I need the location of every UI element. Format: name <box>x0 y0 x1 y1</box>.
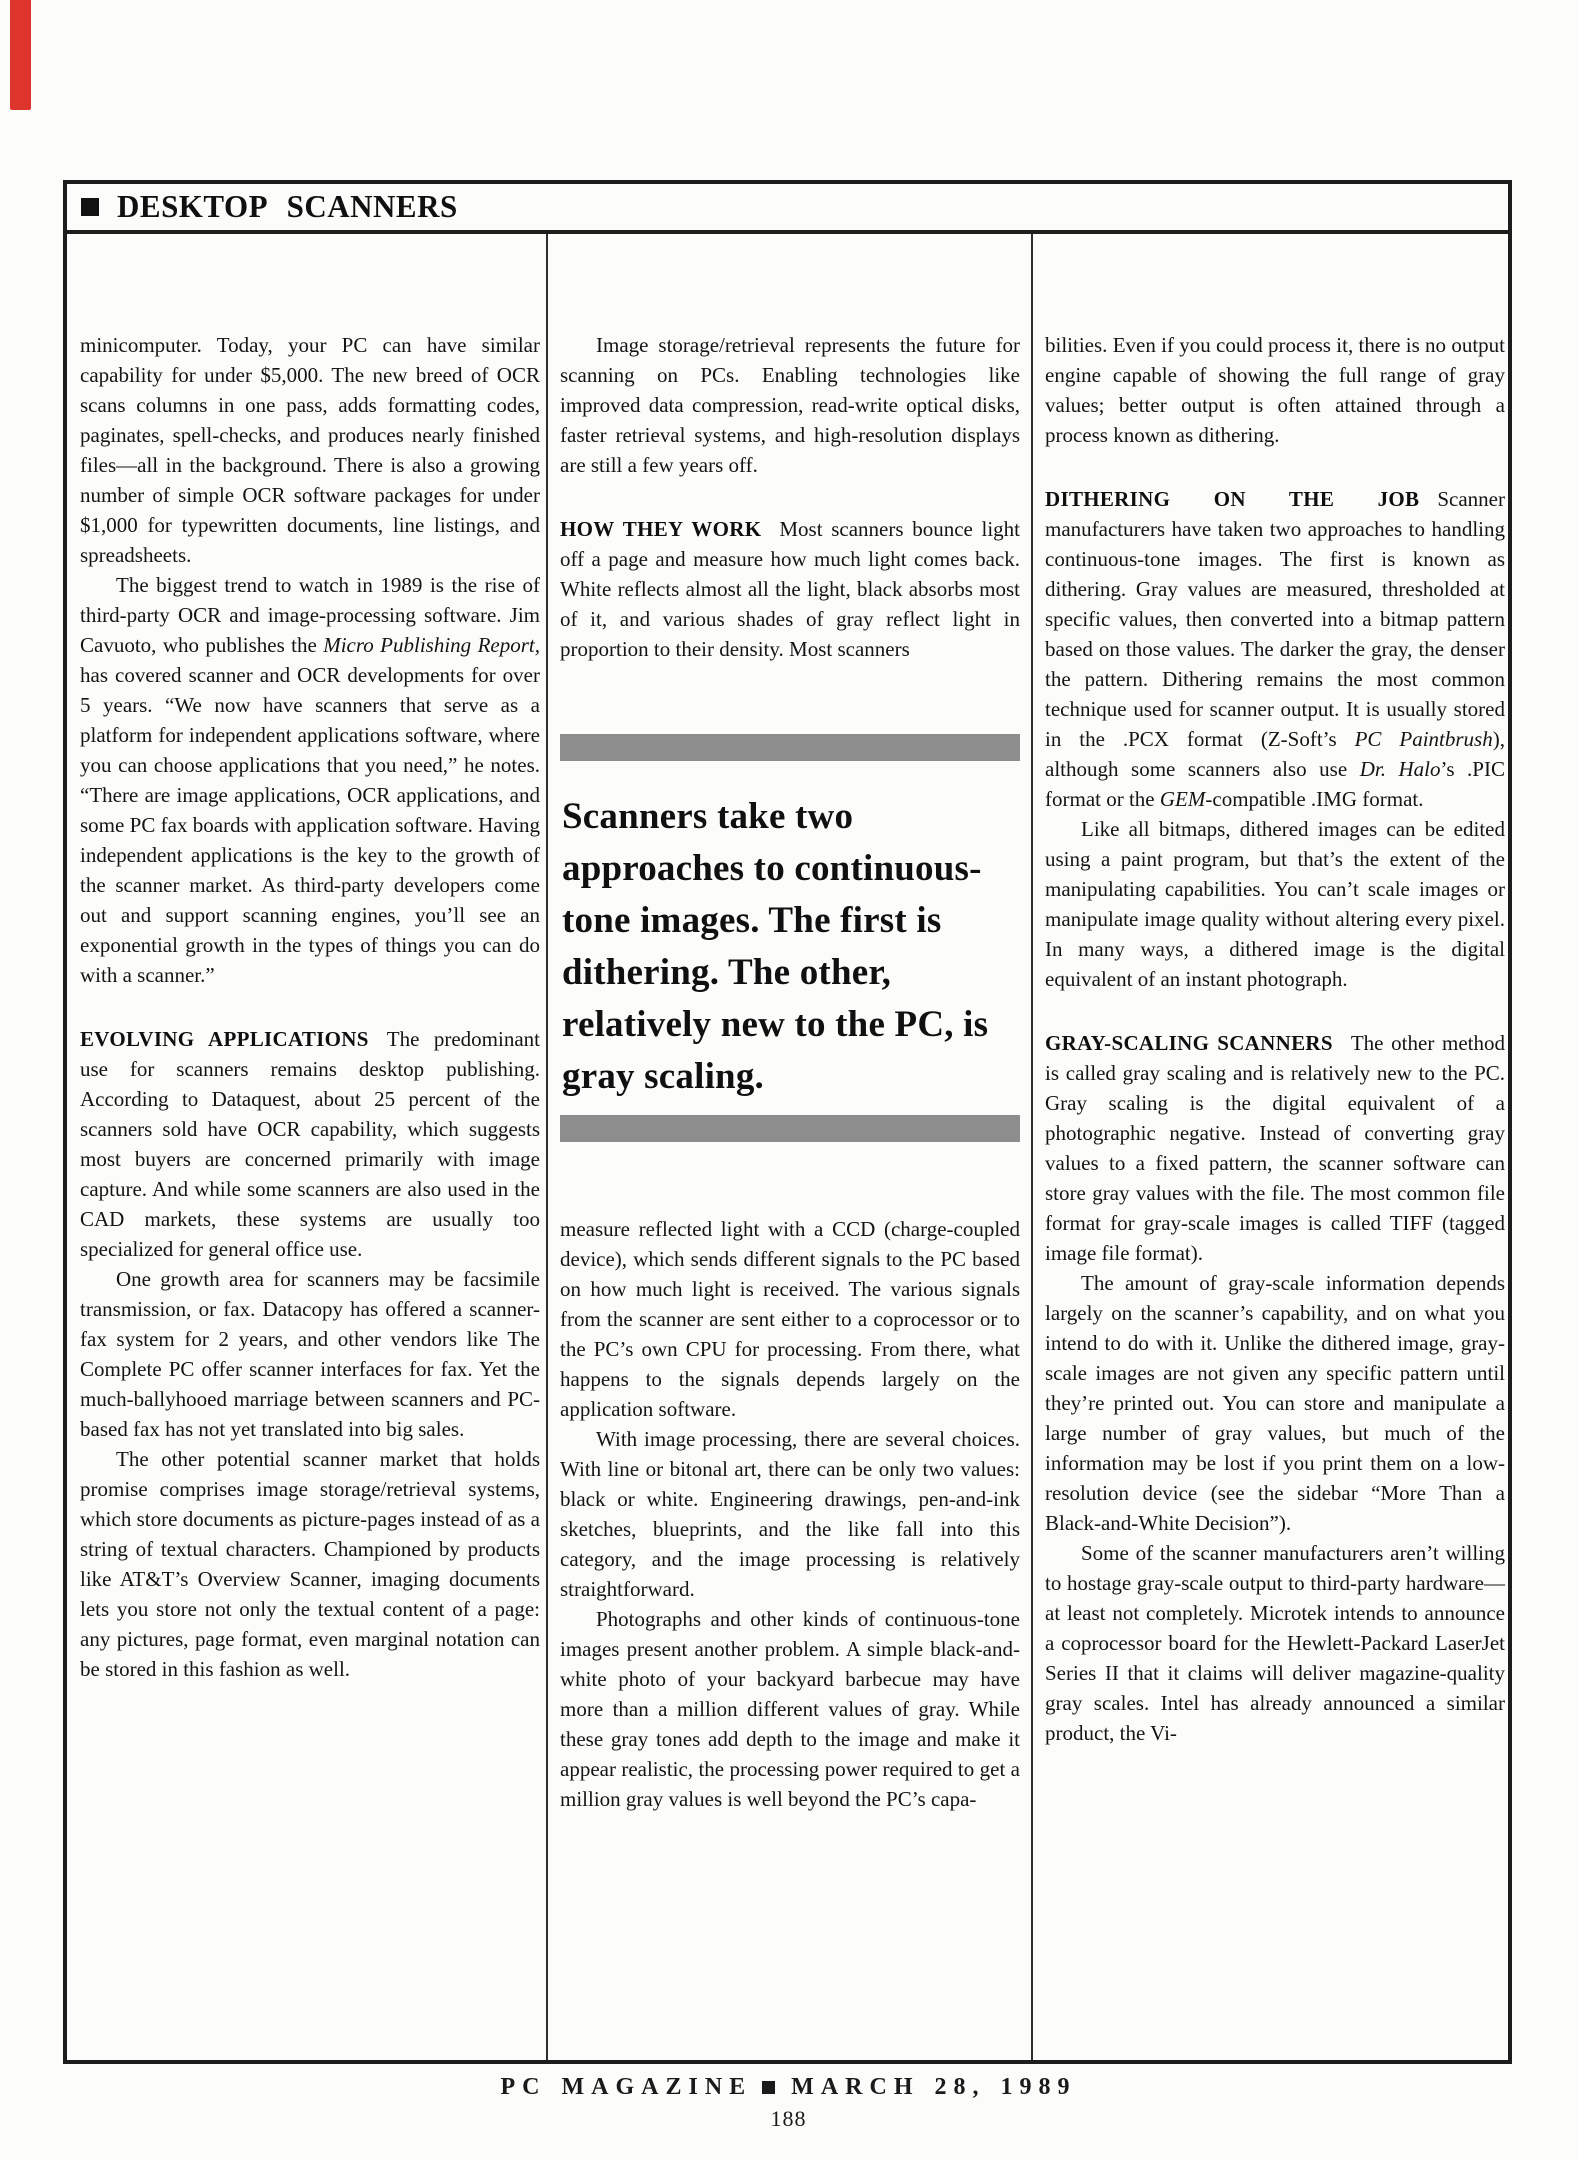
article-frame: DESKTOP SCANNERS minicomputer. Today, yo… <box>63 180 1512 2064</box>
body-paragraph-with-heading: EVOLVING APPLICATIONSThe predominant use… <box>80 1024 540 1264</box>
footer-magazine-name: PC MAGAZINE <box>501 2074 753 2100</box>
run-in-heading: HOW THEY WORK <box>560 517 761 541</box>
run-in-heading: EVOLVING APPLICATIONS <box>80 1027 369 1051</box>
body-paragraph: measure reflected light with a CCD (char… <box>560 1214 1020 1424</box>
run-in-heading: DITHERING ON THE JOB <box>1045 487 1419 511</box>
body-paragraph: bilities. Even if you could process it, … <box>1045 330 1505 450</box>
section-square-bullet-icon <box>81 198 99 216</box>
body-paragraph-with-heading: GRAY-SCALING SCANNERSThe other method is… <box>1045 1028 1505 1268</box>
article-header: DESKTOP SCANNERS <box>67 184 1508 234</box>
body-paragraph: Some of the scanner manufacturers aren’t… <box>1045 1538 1505 1748</box>
article-column-2: Image storage/retrieval represents the f… <box>560 330 1020 1814</box>
page-footer: PC MAGAZINEMARCH 28, 1989 <box>0 2074 1577 2101</box>
pullquote-rule-top <box>560 734 1020 761</box>
page-number: 188 <box>0 2106 1577 2132</box>
body-paragraph: The other potential scanner market that … <box>80 1444 540 1684</box>
body-paragraph: The amount of gray-scale information dep… <box>1045 1268 1505 1538</box>
pullquote-block: Scanners take two approaches to continuo… <box>560 734 1020 1142</box>
body-paragraph: Image storage/retrieval represents the f… <box>560 330 1020 480</box>
column-divider-rule <box>1031 234 1033 2060</box>
body-paragraph: Photographs and other kinds of continuou… <box>560 1604 1020 1814</box>
magazine-page-scan: DESKTOP SCANNERS minicomputer. Today, yo… <box>0 0 1577 2160</box>
footer-issue-date: MARCH 28, 1989 <box>791 2074 1076 2100</box>
column-divider-rule <box>546 234 548 2060</box>
section-title: DESKTOP SCANNERS <box>117 189 458 226</box>
run-in-heading: GRAY-SCALING SCANNERS <box>1045 1031 1333 1055</box>
body-paragraph-with-heading: HOW THEY WORKMost scanners bounce light … <box>560 514 1020 664</box>
pullquote-rule-bottom <box>560 1115 1020 1142</box>
pullquote-text: Scanners take two approaches to continuo… <box>562 791 1000 1103</box>
body-paragraph: With image processing, there are several… <box>560 1424 1020 1604</box>
body-paragraph: One growth area for scanners may be facs… <box>80 1264 540 1444</box>
red-bookmark-ribbon-icon <box>10 0 31 110</box>
article-column-3: bilities. Even if you could process it, … <box>1045 330 1505 1748</box>
footer-square-bullet-icon <box>762 2081 775 2094</box>
body-paragraph: Like all bitmaps, dithered images can be… <box>1045 814 1505 994</box>
body-paragraph: minicomputer. Today, your PC can have si… <box>80 330 540 570</box>
article-column-1: minicomputer. Today, your PC can have si… <box>80 330 540 1684</box>
body-paragraph: The biggest trend to watch in 1989 is th… <box>80 570 540 990</box>
body-paragraph-with-heading: DITHERING ON THE JOBScanner manufacturer… <box>1045 484 1505 814</box>
